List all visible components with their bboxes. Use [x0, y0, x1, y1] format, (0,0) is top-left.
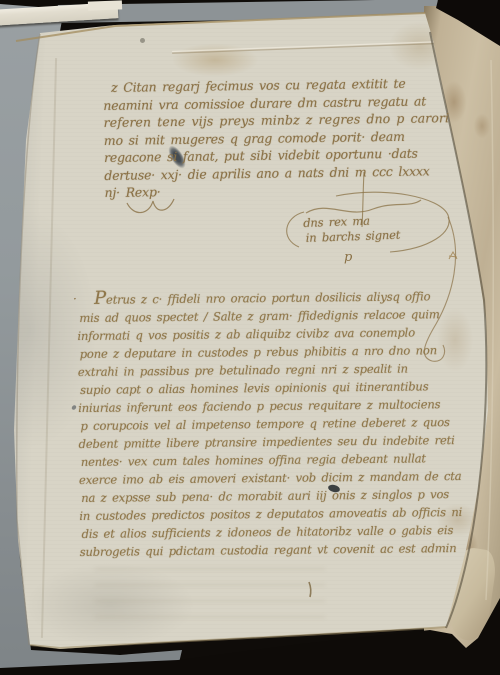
- vertical-crease: [41, 58, 57, 638]
- paper-fleck: [71, 404, 77, 410]
- horizontal-crease: [172, 41, 438, 54]
- paragraph-upper: z Citan regarj fecimus vos cu regata ext…: [103, 74, 455, 201]
- chancery-note: dns rex ma in barchs signet: [303, 211, 454, 246]
- notarial-mark: p: [344, 250, 352, 265]
- paragraph-lower: Petrus z c· ffideli nro oracio portun do…: [77, 286, 466, 561]
- paper-fleck: [140, 38, 145, 43]
- verso-show-through: [95, 568, 325, 620]
- underlying-page-edge-small: [88, 0, 122, 10]
- manuscript-photo: z Citan regarj fecimus vos cu regata ext…: [0, 0, 500, 675]
